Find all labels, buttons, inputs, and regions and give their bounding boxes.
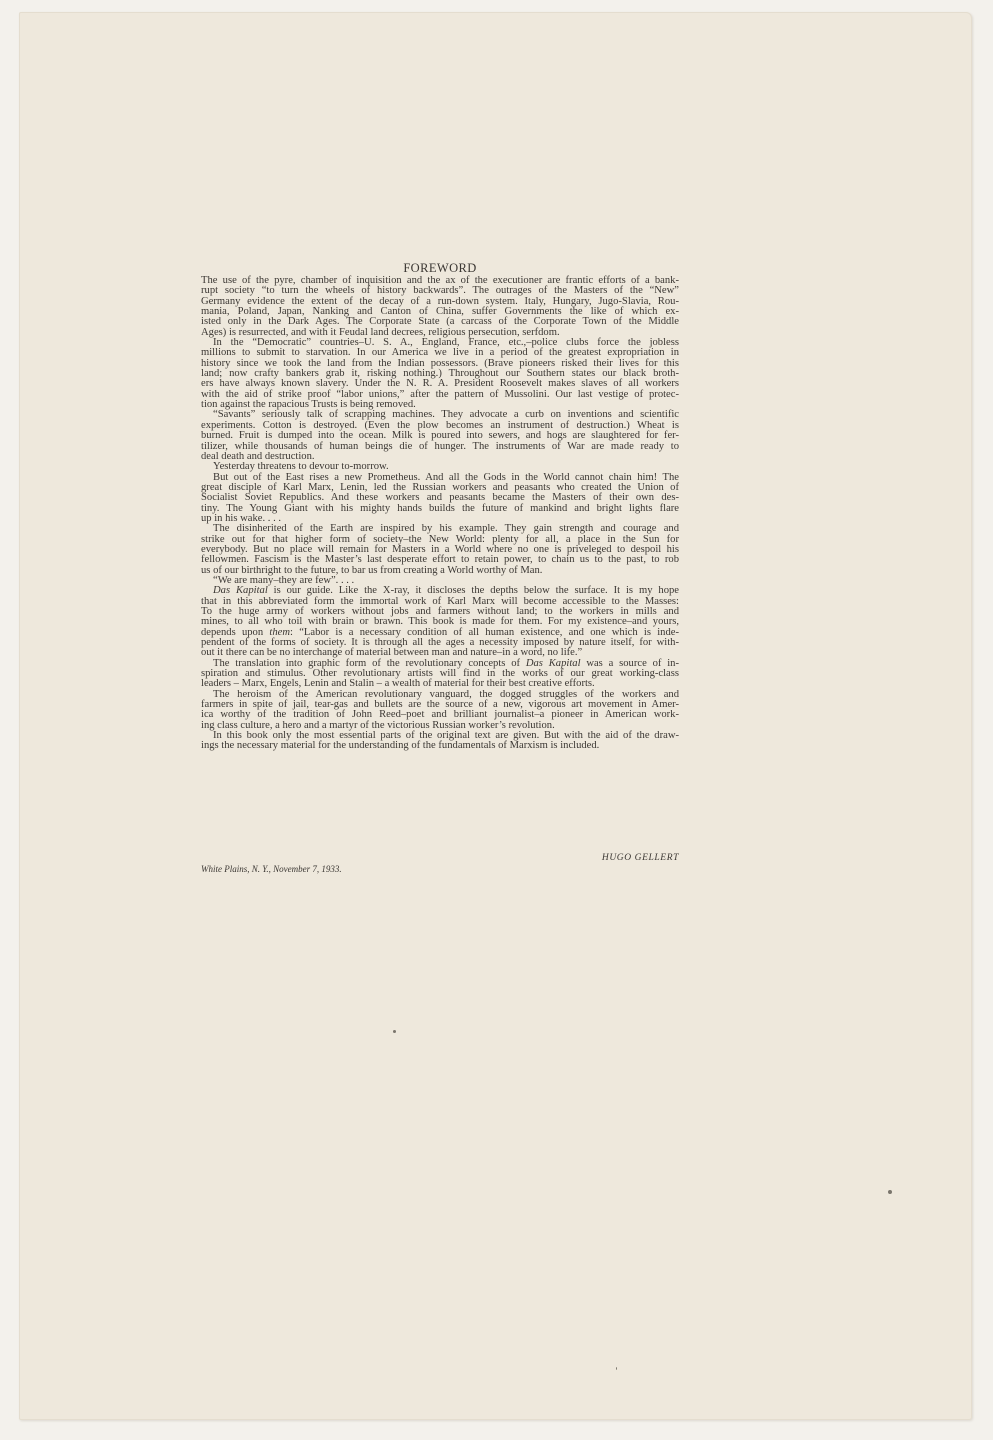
text-line: ings the necessary material for the unde…	[201, 741, 679, 751]
dateline: White Plains, N. Y., November 7, 1933.	[201, 864, 342, 874]
page-title: FOREWORD	[201, 261, 679, 275]
paper-speck	[888, 1190, 892, 1194]
foreword-body: The use of the pyre, chamber of inquisit…	[201, 276, 679, 752]
text-line: burned. Fruit is dumped into the ocean. …	[201, 431, 679, 441]
author-signature: HUGO GELLERT	[560, 853, 679, 863]
paper-speck	[393, 1030, 396, 1033]
paper-speck	[616, 1367, 617, 1370]
text-line: Yesterday threatens to devour to-morrow.	[201, 462, 679, 472]
text-line: Socialist Soviet Republics. And these wo…	[201, 493, 679, 503]
